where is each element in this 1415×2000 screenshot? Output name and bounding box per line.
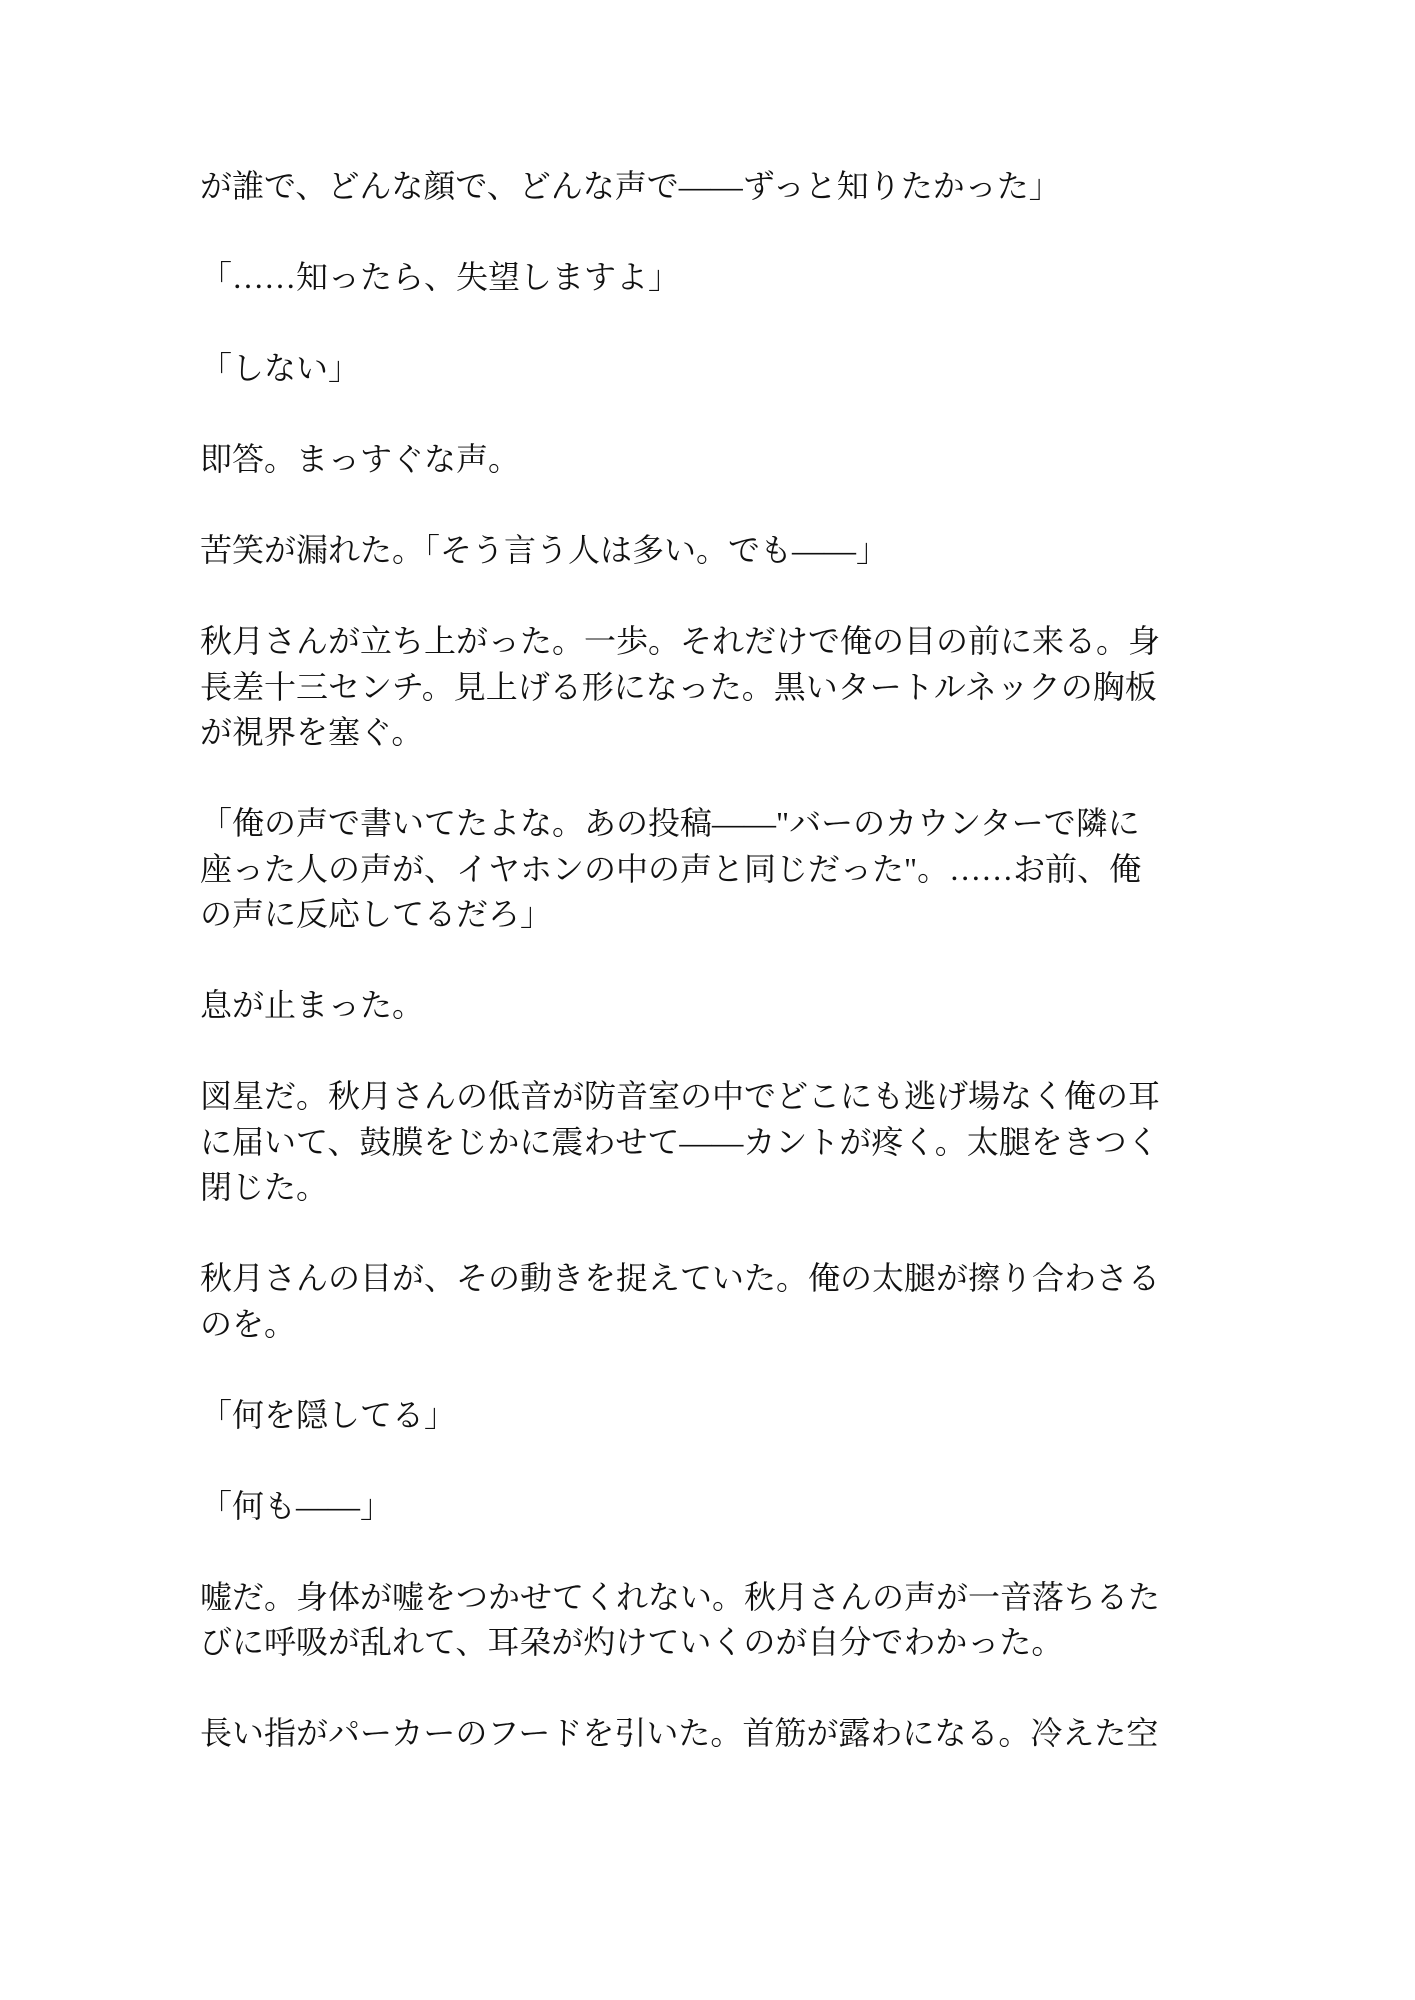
text-line: 嘘だ。身体が嘘をつかせてくれない。秋月さんの声が一音落ちるた — [200, 1575, 1160, 1621]
paragraph: 「しない」 — [200, 346, 1160, 392]
paragraph: 嘘だ。身体が嘘をつかせてくれない。秋月さんの声が一音落ちるたびに呼吸が乱れて、耳… — [200, 1575, 1160, 1666]
text-line: 即答。まっすぐな声。 — [200, 437, 1160, 483]
paragraph: 即答。まっすぐな声。 — [200, 437, 1160, 483]
text-line: 秋月さんが立ち上がった。一歩。それだけで俺の目の前に来る。身 — [200, 619, 1160, 665]
text-line: 座った人の声が、イヤホンの中の声と同じだった"。……お前、俺 — [200, 847, 1160, 893]
paragraph: 秋月さんが立ち上がった。一歩。それだけで俺の目の前に来る。身長差十三センチ。見上… — [200, 619, 1160, 756]
paragraph: 「何も――」 — [200, 1484, 1160, 1530]
text-line: 「しない」 — [200, 346, 1160, 392]
text-line: 苦笑が漏れた。「そう言う人は多い。でも――」 — [200, 528, 1160, 574]
text-line: 図星だ。秋月さんの低音が防音室の中でどこにも逃げ場なく俺の耳 — [200, 1074, 1160, 1120]
text-line: 「何も――」 — [200, 1484, 1160, 1530]
paragraph: が誰で、どんな顔で、どんな声で――ずっと知りたかった」 — [200, 164, 1160, 210]
paragraph: 長い指がパーカーのフードを引いた。首筋が露わになる。冷えた空 — [200, 1711, 1160, 1757]
paragraph: 秋月さんの目が、その動きを捉えていた。俺の太腿が擦り合わさるのを。 — [200, 1256, 1160, 1347]
paragraph: 「何を隠してる」 — [200, 1393, 1160, 1439]
paragraph: 苦笑が漏れた。「そう言う人は多い。でも――」 — [200, 528, 1160, 574]
document-page: が誰で、どんな顔で、どんな声で――ずっと知りたかった」「……知ったら、失望します… — [0, 0, 1415, 2000]
paragraph: 息が止まった。 — [200, 983, 1160, 1029]
text-line: 息が止まった。 — [200, 983, 1160, 1029]
text-line: が視界を塞ぐ。 — [200, 710, 1160, 756]
text-line: 「俺の声で書いてたよな。あの投稿――"バーのカウンターで隣に — [200, 801, 1160, 847]
text-line: 長差十三センチ。見上げる形になった。黒いタートルネックの胸板 — [200, 665, 1160, 711]
text-line: に届いて、鼓膜をじかに震わせて――カントが疼く。太腿をきつく — [200, 1120, 1160, 1166]
text-line: 閉じた。 — [200, 1165, 1160, 1211]
text-line: のを。 — [200, 1302, 1160, 1348]
story-text: が誰で、どんな顔で、どんな声で――ずっと知りたかった」「……知ったら、失望します… — [200, 164, 1160, 1757]
text-line: 「……知ったら、失望しますよ」 — [200, 255, 1160, 301]
text-line: が誰で、どんな顔で、どんな声で――ずっと知りたかった」 — [200, 164, 1160, 210]
paragraph: 「……知ったら、失望しますよ」 — [200, 255, 1160, 301]
text-line: びに呼吸が乱れて、耳朶が灼けていくのが自分でわかった。 — [200, 1620, 1160, 1666]
paragraph: 図星だ。秋月さんの低音が防音室の中でどこにも逃げ場なく俺の耳に届いて、鼓膜をじか… — [200, 1074, 1160, 1211]
text-line: 「何を隠してる」 — [200, 1393, 1160, 1439]
paragraph: 「俺の声で書いてたよな。あの投稿――"バーのカウンターで隣に座った人の声が、イヤ… — [200, 801, 1160, 938]
text-line: の声に反応してるだろ」 — [200, 892, 1160, 938]
text-line: 長い指がパーカーのフードを引いた。首筋が露わになる。冷えた空 — [200, 1711, 1160, 1757]
text-line: 秋月さんの目が、その動きを捉えていた。俺の太腿が擦り合わさる — [200, 1256, 1160, 1302]
